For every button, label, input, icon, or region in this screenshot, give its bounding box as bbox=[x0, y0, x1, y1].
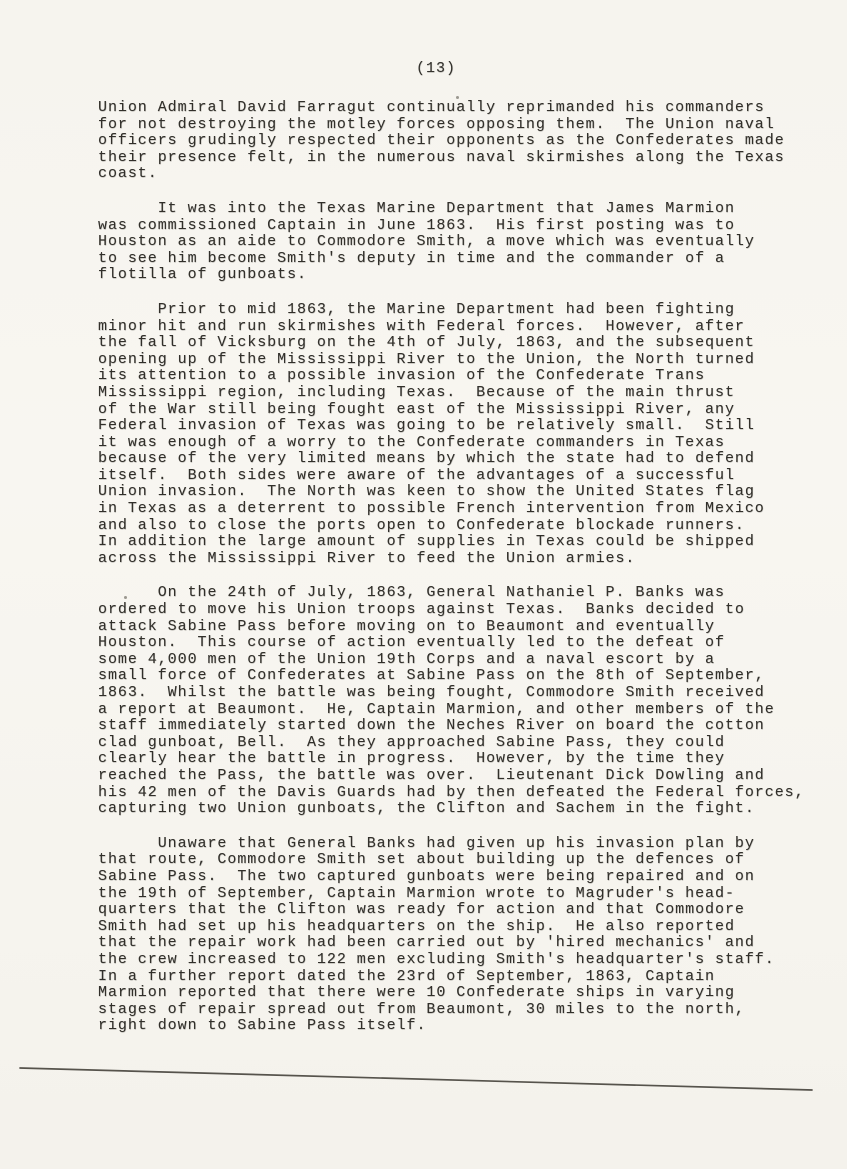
page-number: (13) bbox=[416, 60, 456, 77]
paragraph: It was into the Texas Marine Department … bbox=[98, 201, 808, 284]
document-page: (13) Union Admiral David Farragut contin… bbox=[0, 0, 847, 1169]
paragraph: Union Admiral David Farragut continually… bbox=[98, 100, 808, 183]
scan-speck bbox=[124, 596, 127, 599]
paragraph: Unaware that General Banks had given up … bbox=[98, 836, 808, 1035]
paragraph: Prior to mid 1863, the Marine Department… bbox=[98, 302, 808, 568]
scan-speck bbox=[382, 973, 384, 976]
document-text: Union Admiral David Farragut continually… bbox=[98, 100, 808, 1053]
paragraph: On the 24th of July, 1863, General Natha… bbox=[98, 585, 808, 817]
scan-speck bbox=[456, 96, 459, 99]
